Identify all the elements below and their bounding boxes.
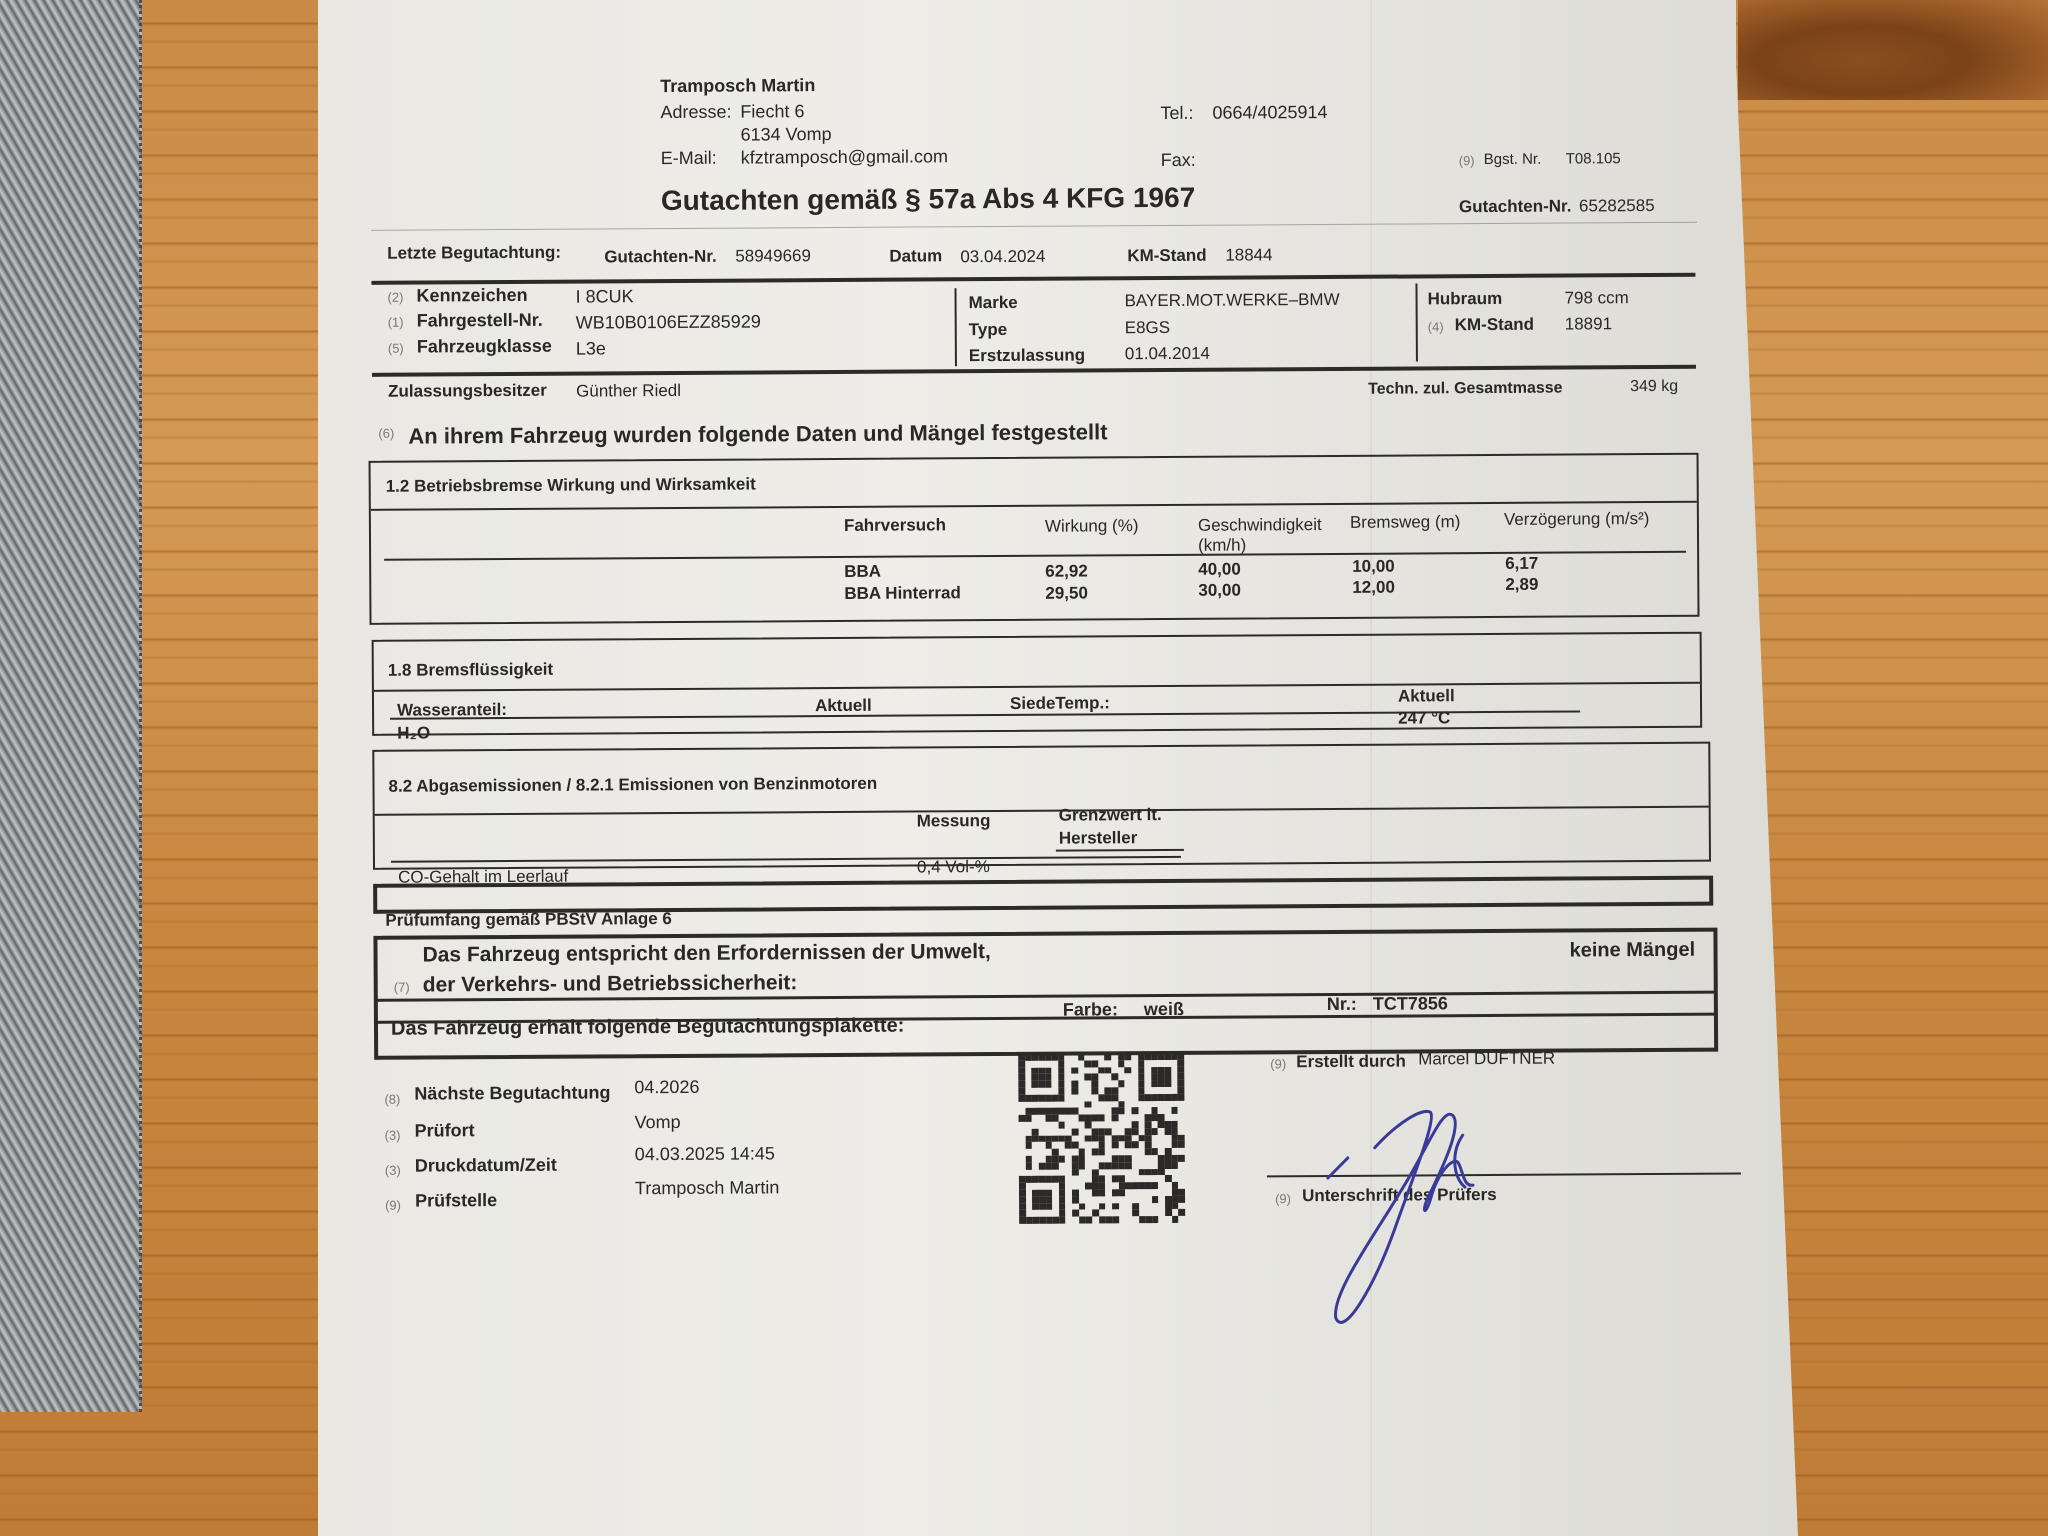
ref-number: (1) <box>388 315 404 330</box>
examiner-signature <box>1302 1077 1564 1329</box>
brake-header-fahrversuch: Fahrversuch <box>844 515 946 536</box>
h2o-label: H₂O <box>397 723 430 743</box>
emissions-title: 8.2 Abgasemissionen / 8.2.1 Emissionen v… <box>388 774 877 797</box>
brake-cell: 30,00 <box>1198 581 1241 601</box>
gutachten-nr-label: Gutachten-Nr. <box>1459 197 1572 218</box>
brake-header-bremsweg: Bremsweg (m) <box>1350 512 1461 533</box>
owner-value: Günther Riedl <box>576 381 681 402</box>
ref-number: (2) <box>387 290 403 305</box>
bgst-label: Bgst. Nr. <box>1484 151 1542 168</box>
first-reg-label: Erstzulassung <box>969 345 1085 366</box>
type-value: E8GS <box>1125 318 1170 338</box>
plate-label: Kennzeichen <box>416 285 527 307</box>
created-by-value: Marcel DUFTNER <box>1418 1049 1555 1070</box>
brake-cell: BBA Hinterrad <box>844 583 961 604</box>
tel-value: 0664/4025914 <box>1212 102 1327 124</box>
last-km-value: 18844 <box>1225 245 1272 265</box>
class-label: Fahrzeugklasse <box>417 336 552 358</box>
result-line2: der Verkehrs- und Betriebssicherheit: <box>423 971 798 997</box>
ref-number: (7) <box>394 980 410 995</box>
vin-value: WB10B0106EZZ85929 <box>576 311 761 333</box>
email-value: kfztramposch@gmail.com <box>741 146 948 168</box>
brake-header-verzoegerung: Verzögerung (m/s²) <box>1504 509 1650 530</box>
scope-label: Prüfumfang gemäß PBStV Anlage 6 <box>385 909 672 931</box>
first-reg-value: 01.04.2014 <box>1125 344 1210 365</box>
emissions-col-limit-2: Hersteller <box>1059 828 1138 848</box>
water-aktuell-label: Aktuell <box>815 696 872 716</box>
company-name: Tramposch Martin <box>660 75 815 97</box>
result-line1: Das Fahrzeug entspricht den Erforderniss… <box>422 940 990 967</box>
qr-code <box>1018 1053 1185 1224</box>
last-nr-value: 58949669 <box>735 246 811 266</box>
brake-cell: 40,00 <box>1198 560 1241 580</box>
inspection-report: Tramposch Martin Adresse: Fiecht 6 6134 … <box>0 0 2048 1536</box>
plakette-nr-label: Nr.: <box>1327 994 1357 1015</box>
tel-label: Tel.: <box>1160 103 1193 124</box>
fax-label: Fax: <box>1161 150 1196 171</box>
footer-label: Prüfstelle <box>415 1190 497 1212</box>
brake-cell: 29,50 <box>1045 583 1088 603</box>
brake-cell: 10,00 <box>1352 557 1395 577</box>
ref-number: (6) <box>378 426 394 441</box>
brake-cell: 2,89 <box>1505 575 1538 595</box>
km-label: KM-Stand <box>1455 315 1534 335</box>
bgst-value: T08.105 <box>1566 150 1621 167</box>
brake-header-speed: Geschwindigkeit <box>1198 515 1322 536</box>
plate-value: I 8CUK <box>575 286 633 307</box>
result-verdict: keine Mängel <box>1569 939 1695 963</box>
displacement-value: 798 ccm <box>1564 288 1628 308</box>
boil-aktuell-label: Aktuell <box>1398 686 1455 706</box>
footer-label: Prüfort <box>415 1120 475 1141</box>
scope-box <box>373 876 1713 914</box>
boil-value: 247 °C <box>1398 708 1450 728</box>
ref-number: (5) <box>388 341 404 356</box>
type-label: Type <box>969 320 1008 340</box>
brake-cell: BBA <box>844 562 881 582</box>
make-label: Marke <box>969 293 1018 313</box>
fluid-title: 1.8 Bremsflüssigkeit <box>388 660 553 681</box>
last-km-label: KM-Stand <box>1127 246 1206 266</box>
gutachten-nr: 65282585 <box>1579 196 1655 216</box>
ref-number: (3) <box>385 1128 401 1143</box>
emissions-col-limit-1: Grenzwert lt. <box>1059 805 1162 826</box>
ref-number: (8) <box>384 1092 400 1107</box>
emissions-section <box>372 742 1711 870</box>
km-value: 18891 <box>1565 314 1612 334</box>
document-title: Gutachten gemäß § 57a Abs 4 KFG 1967 <box>661 182 1195 217</box>
address-line2: 6134 Vomp <box>740 124 831 146</box>
brake-cell: 12,00 <box>1352 578 1395 598</box>
class-value: L3e <box>576 338 606 359</box>
address-label: Adresse: <box>660 102 731 123</box>
email-label: E-Mail: <box>661 148 717 169</box>
created-by-label: Erstellt durch <box>1296 1052 1406 1073</box>
ref-number: (3) <box>385 1163 401 1178</box>
findings-heading: An ihrem Fahrzeug wurden folgende Daten … <box>408 419 1107 449</box>
ref-number: (4) <box>1428 319 1444 334</box>
footer-label: Nächste Begutachtung <box>414 1082 610 1104</box>
vin-label: Fahrgestell-Nr. <box>417 310 543 332</box>
co-value: 0,4 Vol-% <box>917 857 990 877</box>
brake-cell: 62,92 <box>1045 561 1088 581</box>
make-value: BAYER.MOT.WERKE–BMW <box>1125 290 1340 311</box>
mass-value: 349 kg <box>1630 378 1678 396</box>
footer-label: Druckdatum/Zeit <box>415 1155 557 1177</box>
last-inspection-label: Letzte Begutachtung: <box>387 243 561 264</box>
footer-value: 04.03.2025 14:45 <box>635 1143 775 1165</box>
plakette-nr-value: TCT7856 <box>1373 993 1448 1014</box>
address-line1: Fiecht 6 <box>740 101 804 122</box>
emissions-col-measure: Messung <box>917 811 991 831</box>
brake-cell: 6,17 <box>1505 554 1538 574</box>
brake-header-wirkung: Wirkung (%) <box>1045 516 1139 537</box>
footer-value: Vomp <box>635 1112 681 1133</box>
brake-title: 1.2 Betriebsbremse Wirkung und Wirksamke… <box>386 474 756 496</box>
last-nr-label: Gutachten-Nr. <box>604 247 717 268</box>
owner-label: Zulassungsbesitzer <box>388 381 547 402</box>
footer-value: Tramposch Martin <box>635 1177 780 1199</box>
ref-number: (9) <box>1270 1056 1286 1071</box>
ref-number: (9) <box>385 1198 401 1213</box>
bgst-ref: (9) <box>1459 153 1475 168</box>
last-date-label: Datum <box>889 246 942 266</box>
displacement-label: Hubraum <box>1427 289 1502 309</box>
footer-value: 04.2026 <box>634 1077 699 1098</box>
ref-number: (9) <box>1275 1191 1291 1206</box>
boil-label: SiedeTemp.: <box>1010 693 1110 714</box>
last-date-value: 03.04.2024 <box>960 247 1045 268</box>
mass-label: Techn. zul. Gesamtmasse <box>1368 380 1563 399</box>
